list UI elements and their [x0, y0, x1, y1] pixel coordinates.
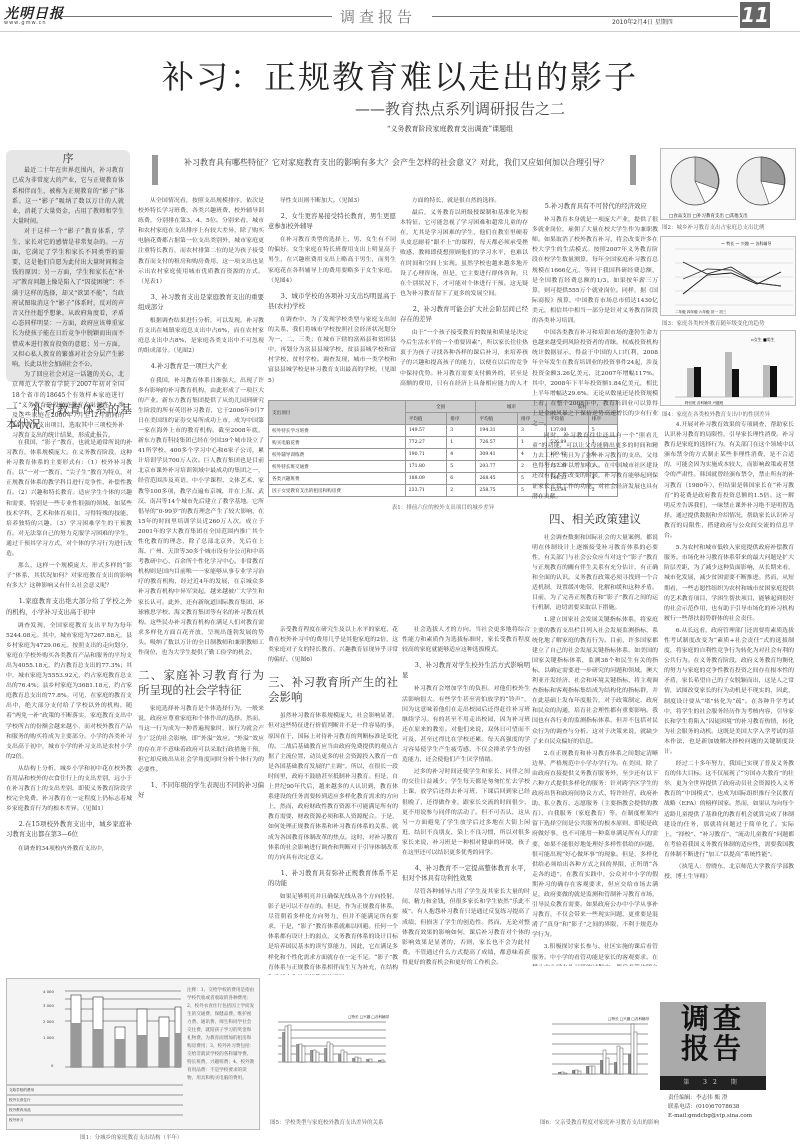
paragraph: 在调查的34项校内外教育支出中，: [6, 844, 132, 854]
article-column-4: 方面的特长，就是很自然的选择。 最后，义务教育以班级授课制和基准化为根本特征，它…: [400, 196, 528, 388]
svg-text:交给学校的费用: 交给学校的费用: [9, 1087, 35, 1092]
svg-text:3 000: 3 000: [43, 1003, 54, 1008]
svg-text:4 000: 4 000: [43, 989, 54, 994]
paragraph: 导性支出则不断加大。（见图3）: [268, 196, 396, 206]
paragraph: 在我国，补习教育体系日渐强大，出现了许多有影响的补习教育机构，由此形成了一项巨大…: [138, 376, 264, 659]
svg-text:校外补习: 校外补习: [9, 1117, 24, 1122]
table-header: 全国: [405, 401, 476, 413]
section-name: 调查报告: [340, 6, 416, 27]
paragraph: 从全国情况看，按照支出规模排序，依次是校外特长学习班费、各类兴趣班费、校外辅导训…: [138, 196, 264, 287]
preface-box: 序 最近二十年在世界范围内，补习教育已成为非常庞大的产业，它与正规教育体系相伴而…: [6, 150, 130, 382]
paragraph: 6.从长远看，政府管理部门还需要将素质选拔性考试制度改变为“素质+社会责任”式的…: [664, 626, 794, 757]
paragraph: 经过二十多年努力，我国已实现了普及义务教育的伟大目标。这不仅展现了“穷国办大教育…: [664, 759, 794, 860]
paragraph: 尽管各种辅导占用了学生及其家长大量的时间、精力和金钱，但很多家长和学生依然“乐此…: [402, 887, 530, 968]
stacked-bar-svg: 4 0003 0002 000 1 0000 交给学校的费用校外衣食住行 校外教…: [7, 979, 183, 1129]
paragraph: 方面的特长，就是很自然的选择。: [400, 196, 528, 206]
masthead: 光明日报 www.gmw.cn 调查报告 2010年2月4日 星期四 11: [0, 0, 800, 34]
figure-6-bar-chart: □特长 □兴趣 □各科辅导: [412, 1010, 652, 1110]
article-column-5: 5.补习教育具有不可替代的经济效应 补习教育本身就是一项庞大产业，提供了很多就业…: [532, 196, 658, 966]
svg-text:校外衣食住行: 校外衣食住行: [9, 1097, 31, 1102]
subheading: 3、补习教育对学生校外生活方式影响明显: [402, 660, 530, 680]
page-subtitle: ——教育热点系列调研报告之二: [0, 98, 800, 119]
paragraph: 家庭选择补习教育是个体选择行为，一般来说，政府应尊重家庭和个体作出的选择。然而，…: [138, 704, 264, 775]
figure-1-note: 注释：1、交给学校的费用是指由学校代收或者收取的各种费用；2、校外衣食住行包括因…: [187, 987, 255, 1083]
byline: “义务教育阶段家庭教育支出调查”课题组: [0, 124, 800, 134]
paragraph: 从结构上分析，城乡小学和初中花在校外教育用品和校外的衣食住行上的支出差别，远小于…: [6, 764, 132, 814]
section-heading: 三、补习教育所产生的社会影响: [268, 675, 398, 705]
section-heading: 二、家庭补习教育行为所呈现的社会学特征: [138, 668, 264, 698]
figure-1-caption: 图1：分城乡的家庭教育支出结构（半年）: [80, 1133, 183, 1141]
promo-line-1: 调查: [664, 1004, 762, 1034]
article-column-3b: 亲受教育程度在研究生及以上水平的家庭，花费在校外补习中的费用几乎是其他家庭的2倍…: [268, 625, 398, 975]
svg-text:□特长 □兴趣 □各科辅导: □特长 □兴趣 □各科辅导: [608, 1016, 650, 1021]
paragraph: 5.为农村和城市低收入家庭提供政府补偿教育服务。市场化补习教育体系带来的最大问题…: [664, 543, 794, 624]
paragraph: 社会调查数据和国际社会的大量案例，都说明在体制设计上逐渐接受补习教育体系的必要性…: [532, 533, 658, 614]
paragraph: 在补习教育类型的选择上，男、女生有不同的偏好。女生家庭在特长班费用支出上明显高于…: [268, 235, 396, 285]
pie-chart-svg: □食品支出 □补习教育支出 □其他支出: [661, 149, 797, 221]
svg-text:— 特长 — 兴趣 — 各科辅导: — 特长 — 兴趣 — 各科辅导: [721, 240, 771, 246]
issue-number: 第 32 期: [660, 1076, 766, 1090]
preface-paragraph: 最近二十年在世界范围内，补习教育已成为非常庞大的产业，它与正规教育体系相伴而生，…: [12, 166, 124, 227]
figure-4-caption: 图4：家庭在各类校外教育支出中的性别差异: [662, 410, 770, 418]
paragraph: 补习教育会增加学生的负担。对他们校外生活影响很大。有些学生甚至害怕放学的“铃声”…: [402, 684, 530, 765]
svg-text:1 000: 1 000: [43, 1035, 54, 1040]
promo-line-2: 报告: [664, 1034, 762, 1064]
contact-phone: 联系电话：(010)67078638: [668, 1103, 752, 1112]
svg-text:特长班 各科辅导 兴趣班: 特长班 各科辅导 兴趣班: [685, 400, 724, 405]
article-column-6: 4.开展对补习教育效果的专项调查，帮助家长认识补习教育的局限性，引导家长理性消费…: [664, 420, 794, 996]
article-column-2: 从全国情况看，按照支出规模排序，依次是校外特长学习班费、各类兴趣班费、校外辅导训…: [138, 196, 264, 876]
editor-info: 责任编辑：李志伟 甄 澄 联系电话：(010)67078638 E-mail:g…: [668, 1094, 752, 1121]
paragraph: 由于“一个孩子接受教育的数量和质量是决定今后生活水平的一个重要因素”，所以家长往…: [400, 328, 528, 388]
line-chart-svg: — 特长 — 兴趣 — 各科辅导 二年级 四年级 六年级 初一 初三: [661, 237, 797, 317]
figure-6-caption: 图6：父亲受教育程度对家庭补习教育支出的影响: [540, 1118, 660, 1126]
issue-date: 2010年2月4日 星期四: [612, 17, 673, 26]
paragraph: 根据调查结果进行分析，可以发现，补习教育支出在城镇家庭总支出中占6%，而在农村家…: [138, 316, 264, 356]
contact-email: E-mail:gmdcbg@vip.sina.com: [668, 1112, 752, 1121]
subheading: 5.补习教育具有不可替代的经济效应: [532, 201, 658, 211]
article-column-3: 导性支出则不断加大。（见图3） 2、女生更容易接受特长教育，男生更愿意参加校外辅…: [268, 196, 396, 388]
subheading: 1、不同年级的学生表现出不同的补习偏好: [138, 780, 264, 800]
paragraph: 1.建立国家社会发展关键指标体系，将家庭主要的教育支出栏目列入社会发展监测指标，…: [532, 615, 658, 746]
figure-4-bar-chart: ▫女生 ■男生 特长班 各科辅导 兴趣班: [660, 330, 796, 406]
paragraph: 在我国，“影子”教育，也就是通常所说的补习教育，体系规模庞大。在义务教育阶段，这…: [6, 438, 132, 559]
subheading: 3、城市学校的各项补习支出均明显高于县(农村)学校: [268, 291, 396, 311]
lead-bar-left: [152, 155, 158, 185]
figure-3-caption: 图3：家庭各类校外教育随年级变化的趋势: [662, 319, 765, 327]
paragraph: 在调查中，为了发现学校类型与家庭支出间的关系，我们将城市学校按照社会经济状况划分…: [268, 315, 396, 386]
table-subheader: 平均值: [476, 413, 518, 425]
subheading: 1.家庭教育支出绝大部分给了学校之外的机构，小学补习支出高于初中: [6, 596, 132, 616]
subheading: 3、补习教育支出是家庭教育支出的重要组成部分: [138, 292, 264, 312]
figure-5-caption: 图5：学校类型与家庭校外教育支出差异的关系: [270, 1118, 410, 1126]
subheading: 4.补习教育是一项巨大产业: [138, 361, 264, 371]
paragraph: 2.在正规教育和补习教育体系之间划定清晰边界，严格规范中小学办学行为。在美国，除…: [532, 749, 658, 941]
figure-2-pie-charts: □食品支出 □补习教育支出 □其他支出: [660, 148, 796, 220]
paragraph: 亲受教育程度在研究生及以上水平的家庭，花费在校外补习中的费用几乎是其他家庭的2倍…: [268, 625, 398, 665]
paragraph: 3.积极探讨家长参与、社区实施的课后看管服务。中小学的看管功能是家长的客观要求。…: [532, 942, 658, 966]
subheading: 2、补习教育可能会扩大社会阶层间已经存在的差异: [400, 304, 528, 324]
article-column-4b: 社会选拔人才的方向。当社会更多地将综合性能力和素质作为选拔标准时，家长受教育程度…: [402, 625, 530, 975]
paragraph: 4.开展对补习教育效果的专项调查，帮助家长认识补习教育的局限性，引导家长理性消费…: [664, 420, 794, 541]
lead-bar-right: [630, 155, 636, 185]
column-promo-title: 调查 报告: [664, 1004, 762, 1064]
svg-text:2 000: 2 000: [43, 1019, 54, 1024]
svg-text:二年级 四年级 六年级 初一 初三: 二年级 四年级 六年级 初一 初三: [675, 309, 727, 314]
subheading: 2.在15项校外教育支出中，城乡家庭补习教育支出都在第3—6位: [6, 819, 132, 839]
figure-2-caption: 图2：城乡补习教育支出占家庭总支出比例: [662, 223, 765, 231]
article-column-1: 一、补习教育体系的基本状况 在我国，“影子”教育，也就是通常所说的补习教育，体系…: [6, 392, 132, 856]
page-number: 11: [740, 2, 770, 28]
page-title: 补习：正规教育难以走出的影子: [0, 52, 800, 98]
author-note: （执笔人：曾晓东，北京师范大学教育学部教授、博士生导师）: [664, 862, 794, 882]
masthead-divider: [0, 31, 800, 32]
section-heading: 一、补习教育体系的基本状况: [6, 402, 132, 432]
subheading: 1、补习教育具有弥补正规教育体系不足的功能: [268, 868, 398, 888]
grouped-bar-svg: □特长 □兴趣 □各科辅导: [412, 1010, 652, 1110]
figure-5-bar-chart: □特长 □兴趣 □各科辅导: [268, 1010, 408, 1110]
paragraph: 虽然补习教育体系规模庞大，社会影响显著，但对这些特征进行价值判断并不是一件容易的…: [268, 711, 398, 862]
paragraph: 最后，义务教育以班级授课制和基准化为根本特征，它可能忽视了学习困难和超常儿童的存…: [400, 208, 528, 299]
figure-3-line-chart: — 特长 — 兴趣 — 各科辅导 二年级 四年级 六年级 初一 初三: [660, 236, 796, 316]
paragraph: 如果足够明亮并且确保光线从各个方向投射，影子是可以不存在的。但是，作为正规教育体…: [268, 892, 398, 975]
table-subheader: 排序: [447, 413, 476, 425]
bar-chart-svg: ▫女生 ■男生 特长班 各科辅导 兴趣班: [661, 331, 797, 407]
section-heading: 四、相关政策建议: [532, 512, 658, 527]
table-header: 支出项目: [269, 401, 406, 425]
paragraph: 过多的补习时间还使学生和家长、同伴之间的交往日益减少。学生每天都是匆匆忙忙去学校…: [402, 767, 530, 858]
subheading: 2、女生更容易接受特长教育，男生更愿意参加校外辅导: [268, 211, 396, 231]
subheading: 4、补习教育不一定提高整体教育水平，但对个体具有功利性效果: [402, 863, 530, 883]
header-rule-right: [432, 16, 738, 17]
svg-text:0: 0: [51, 1063, 54, 1068]
editor-name: 责任编辑：李志伟 甄 澄: [668, 1094, 752, 1103]
svg-text:▫女生 ■男生: ▫女生 ■男生: [751, 336, 775, 342]
svg-text:□特长 □兴趣 □各科辅导: □特长 □兴趣 □各科辅导: [348, 1014, 390, 1019]
preface-heading: 序: [12, 154, 124, 164]
grouped-bar-svg: □特长 □兴趣 □各科辅导: [268, 1010, 408, 1110]
paragraph: 补习教育本身就是一项庞大产业，提供了很多就业岗位，雇佣了大量在校大学生作为兼职教…: [532, 215, 658, 326]
website-url: www.gmw.cn: [4, 20, 47, 26]
paragraph: 调查发现，全国家庭教育支出平均为每年5244.08元。其中，城市家庭为7267.…: [6, 621, 132, 762]
figure-1-stacked-bar-chart: 4 0003 0002 000 1 0000 交给学校的费用校外衣食住行 校外教…: [6, 978, 260, 1130]
paragraph: 中国各类教育补习和培训市场的蓬勃生命力也越来越受到风险投资者的青睐。权威投资机构…: [532, 328, 658, 429]
header-rule-left: [60, 16, 332, 17]
paragraph: 那么，这样一个规模庞大、形式多样的“影子”体系，其状况如何？对家庭教育支出的影响…: [6, 561, 132, 591]
preface-paragraph: 对于这样一个“影子”教育体系，学生、家长对它的感情是非常复杂的。一方面，它满足了…: [12, 227, 124, 370]
svg-text:□食品支出 □补习教育支出 □其他支出: □食品支出 □补习教育支出 □其他支出: [669, 212, 748, 219]
paragraph: 同时，补习教育往往还具有一个“照看儿童”的功能，可以让父母能腾出更多的时间和精力…: [532, 431, 658, 502]
table-subheader: 平均值: [405, 413, 447, 425]
lead-question: 补习教育具有哪些特征？它对家庭教育支出的影响有多大？会产生怎样的社会意义？对此，…: [168, 155, 618, 171]
svg-text:校外教育用品: 校外教育用品: [9, 1107, 31, 1112]
paragraph: 社会选拔人才的方向。当社会更多地将综合性能力和素质作为选拔标准时，家长受教育程度…: [402, 625, 530, 655]
